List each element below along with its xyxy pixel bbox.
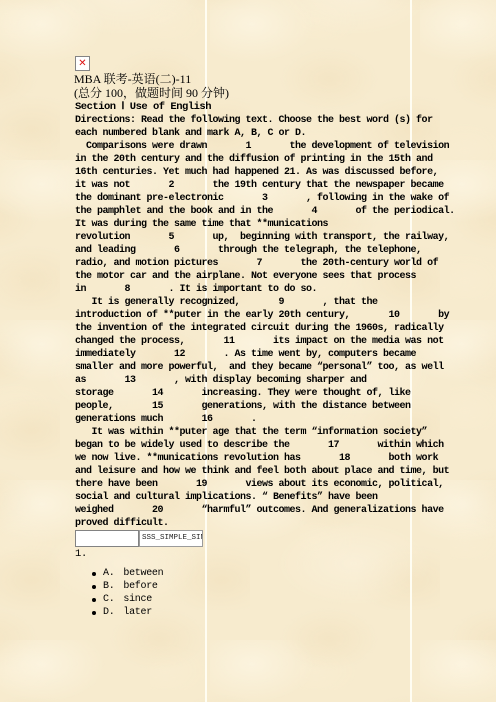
option-label: B. bbox=[103, 581, 114, 592]
exam-page: ✕ MBA 联考-英语(二)-11 (总分 100，做题时间 90 分钟) Se… bbox=[0, 0, 496, 702]
passage-line: changed the process, 11 its impact on th… bbox=[75, 335, 455, 348]
exam-score-time-info: (总分 100，做题时间 90 分钟) bbox=[74, 87, 229, 100]
passage-line: It was within **puter age that the term … bbox=[75, 426, 455, 439]
red-x-icon: ✕ bbox=[78, 59, 86, 69]
section-heading: Section Ⅰ Use of English bbox=[75, 101, 211, 113]
passage-line: the invention of the integrated circuit … bbox=[75, 322, 455, 335]
passage-line: there have been 19 views about its econo… bbox=[75, 478, 455, 491]
bullet-icon bbox=[92, 611, 96, 615]
option-text: between bbox=[123, 568, 163, 579]
directions: Directions: Read the following text. Cho… bbox=[75, 114, 433, 140]
directions-line: each numbered blank and mark A, B, C or … bbox=[75, 127, 433, 140]
passage-line: it was not 2 the 19th century that the n… bbox=[75, 179, 455, 192]
passage-line: and leisure and how we think and feel bo… bbox=[75, 465, 455, 478]
passage-line: and leading 6 through the telegraph, the… bbox=[75, 244, 455, 257]
options-list: A.betweenB.beforeC.sinceD.later bbox=[92, 567, 163, 619]
directions-line: Directions: Read the following text. Cho… bbox=[75, 114, 433, 127]
cloze-passage: Comparisons were drawn 1 the development… bbox=[75, 140, 455, 530]
widget-tag-label: SSS_SIMPLE_SIN bbox=[139, 530, 203, 547]
passage-line: storage 14 increasing. They were thought… bbox=[75, 387, 455, 400]
bullet-icon bbox=[92, 585, 96, 589]
passage-line: 16th centuries. Yet much had happened 21… bbox=[75, 166, 455, 179]
option-text: since bbox=[123, 594, 152, 605]
bullet-icon bbox=[92, 572, 96, 576]
option-text: before bbox=[123, 581, 157, 592]
answer-widget: SSS_SIMPLE_SIN bbox=[75, 530, 203, 547]
option-item-d[interactable]: D.later bbox=[92, 606, 163, 619]
passage-line: Comparisons were drawn 1 the development… bbox=[75, 140, 455, 153]
answer-input[interactable] bbox=[75, 530, 139, 547]
passage-line: as 13 , with display becoming sharper an… bbox=[75, 374, 455, 387]
passage-line: immediately 12 . As time went by, comput… bbox=[75, 348, 455, 361]
passage-line: weighed 20 “harmful” outcomes. And gener… bbox=[75, 504, 455, 517]
passage-line: the motor car and the airplane. Not ever… bbox=[75, 270, 455, 283]
option-label: C. bbox=[103, 594, 114, 605]
option-item-c[interactable]: C.since bbox=[92, 593, 163, 606]
passage-line: It was during the same time that **munic… bbox=[75, 218, 455, 231]
option-text: later bbox=[123, 607, 152, 618]
passage-line: proved difficult. bbox=[75, 517, 455, 530]
passage-line: in 8 . It is important to do so. bbox=[75, 283, 455, 296]
passage-line: generations much 16 . bbox=[75, 413, 455, 426]
option-item-a[interactable]: A.between bbox=[92, 567, 163, 580]
passage-line: in the 20th century and the diffusion of… bbox=[75, 153, 455, 166]
passage-line: people, 15 generations, with the distanc… bbox=[75, 400, 455, 413]
passage-line: introduction of **puter in the early 20t… bbox=[75, 309, 455, 322]
passage-line: It is generally recognized, 9 , that the bbox=[75, 296, 455, 309]
passage-line: radio, and motion pictures 7 the 20th-ce… bbox=[75, 257, 455, 270]
passage-line: the dominant pre-electronic 3 , followin… bbox=[75, 192, 455, 205]
passage-line: revolution 5 up, beginning with transpor… bbox=[75, 231, 455, 244]
option-label: D. bbox=[103, 607, 114, 618]
bullet-icon bbox=[92, 598, 96, 602]
broken-image-icon: ✕ bbox=[75, 56, 90, 71]
passage-line: we now live. **munications revolution ha… bbox=[75, 452, 455, 465]
option-item-b[interactable]: B.before bbox=[92, 580, 163, 593]
question-number: 1. bbox=[75, 548, 87, 561]
passage-line: the pamphlet and the book and in the 4 o… bbox=[75, 205, 455, 218]
option-label: A. bbox=[103, 568, 114, 579]
passage-line: smaller and more powerful, and they beca… bbox=[75, 361, 455, 374]
passage-line: social and cultural implications. “ Bene… bbox=[75, 491, 455, 504]
passage-line: began to be widely used to describe the … bbox=[75, 439, 455, 452]
page-title: MBA 联考-英语(二)-11 bbox=[74, 73, 191, 86]
